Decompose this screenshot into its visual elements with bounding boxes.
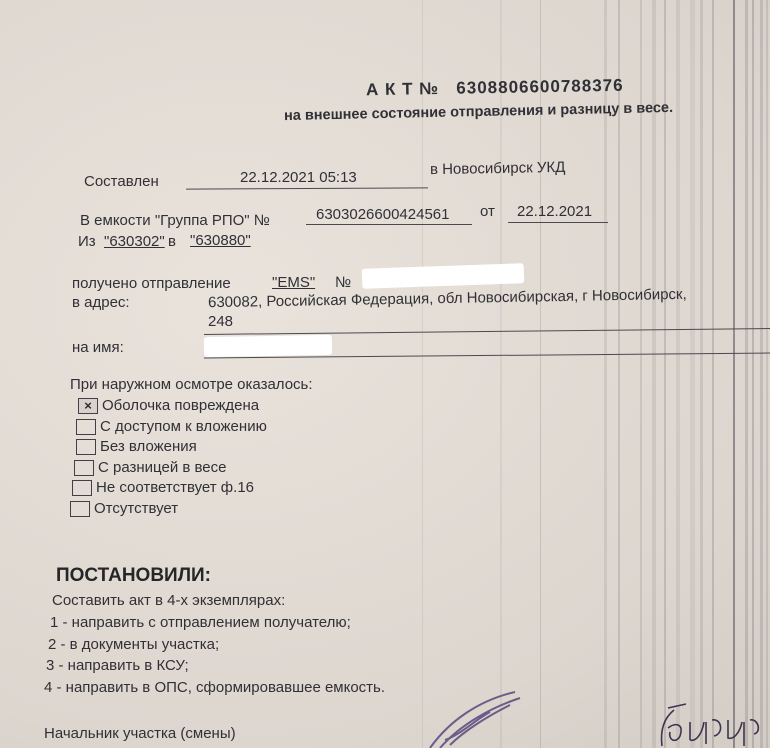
- name-label: на имя:: [72, 339, 124, 356]
- inspection-checkbox[interactable]: [70, 501, 90, 517]
- inspection-checkbox[interactable]: ×: [78, 398, 98, 414]
- route-from-label: Из: [78, 233, 96, 250]
- inspection-option-label: Отсутствует: [94, 500, 178, 517]
- compiled-datetime: 22.12.2021 05:13: [240, 169, 357, 186]
- inspection-option-label: С разницей в весе: [98, 459, 227, 476]
- inspection-checkbox[interactable]: [76, 439, 96, 455]
- shipment-received-label: получено отправление: [72, 275, 231, 292]
- inspection-heading: При наружном осмотре оказалось:: [70, 376, 313, 393]
- resolution-intro: Составить акт в 4-х экземплярах:: [52, 592, 285, 609]
- compiled-place: в Новосибирск УКД: [430, 159, 566, 178]
- inspection-option-label: Оболочка повреждена: [102, 397, 259, 414]
- container-date-underline: [508, 222, 608, 223]
- route-to-label: в: [168, 233, 176, 250]
- inspection-checkbox[interactable]: [72, 480, 92, 496]
- container-number-underline: [306, 224, 472, 225]
- signature-role: Начальник участка (смены): [44, 725, 236, 742]
- inspection-option-label: Не соответствует ф.16: [96, 479, 254, 496]
- resolution-item: 1 - направить с отправлением получателю;: [50, 614, 351, 631]
- route-from: "630302": [104, 233, 165, 250]
- shipment-number-label: №: [335, 274, 351, 291]
- address-label: в адрес:: [72, 294, 130, 311]
- resolution-item: 2 - в документы участка;: [48, 636, 219, 653]
- resolution-item: 4 - направить в ОПС, сформировавшее емко…: [44, 679, 385, 696]
- route-to: "630880": [190, 232, 251, 249]
- inspection-option-label: С доступом к вложению: [100, 418, 267, 435]
- address-line-2: 248: [208, 313, 233, 330]
- container-date-label: от: [480, 203, 495, 220]
- name-redaction: [204, 335, 332, 357]
- compiled-label: Составлен: [84, 173, 159, 190]
- resolution-heading: ПОСТАНОВИЛИ:: [56, 565, 211, 587]
- container-label: В емкости "Группа РПО" №: [80, 212, 270, 229]
- inspection-checkbox[interactable]: [76, 419, 96, 435]
- act-number: 6308806600788376: [456, 76, 624, 98]
- container-date: 22.12.2021: [517, 203, 592, 220]
- inspection-checkbox[interactable]: [74, 460, 94, 476]
- inspection-option-label: Без вложения: [100, 438, 197, 455]
- act-title-prefix: А К Т №: [366, 79, 439, 99]
- container-number: 6303026600424561: [316, 206, 449, 223]
- shipment-type: "EMS": [272, 274, 315, 291]
- resolution-item: 3 - направить в КСУ;: [46, 657, 189, 674]
